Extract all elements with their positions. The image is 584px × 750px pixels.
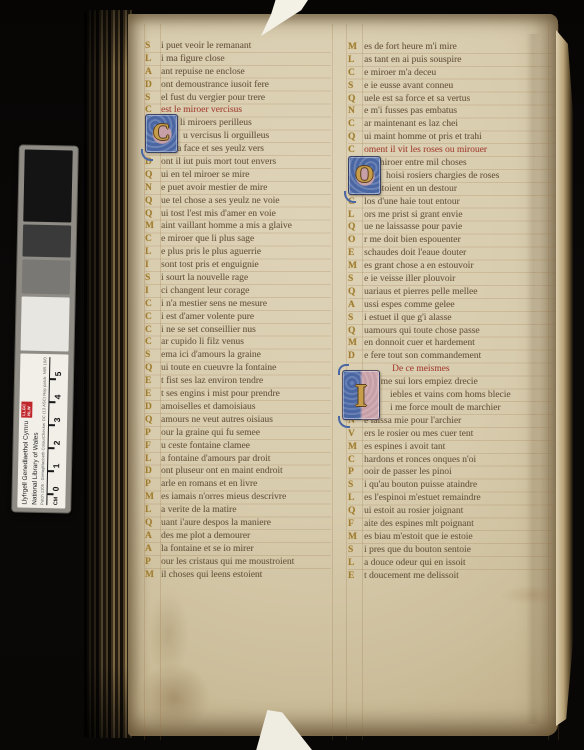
ruler-tick: 1 (48, 449, 63, 472)
text-line: Sel fust du vergier pour trere (145, 92, 331, 105)
line-text: r me doit bien espouenter (364, 235, 461, 245)
ruler-number: 3 (52, 417, 62, 422)
ruler-tick: 2 (49, 426, 64, 449)
text-line: Que tel chose a ses yeulz ne voie (145, 195, 331, 208)
line-text: ors me prist si grant envie (364, 210, 462, 220)
line-text: as tant en ai puis souspire (364, 55, 461, 65)
ruler-unit-label: CM (48, 495, 63, 505)
line-initial: L (145, 246, 161, 259)
line-initial: Q (145, 517, 161, 530)
line-text: u ceste fontaine clamee (161, 441, 250, 451)
ruler-number: 1 (51, 463, 61, 468)
line-initial: Q (348, 93, 364, 106)
line-text: hardons et ronces onques n'oi (364, 455, 476, 465)
line-initial: V (348, 428, 364, 441)
line-text: e ie eusse avant conneu (364, 81, 453, 91)
line-initial: P (348, 466, 364, 479)
line-initial: C (145, 298, 161, 311)
line-text: amoiselles et damoisiaus (161, 402, 255, 412)
line-initial: N (348, 105, 364, 118)
text-line: Li ma figure close (145, 53, 331, 66)
line-initial: M (348, 441, 364, 454)
line-text: ar cupido li filz venus (161, 337, 244, 347)
line-text: amours ne veut autres oisiaus (161, 415, 273, 425)
line-text: i ne se set conseillier nus (161, 325, 256, 335)
text-line: Ci est d'amer volente pure (145, 311, 331, 324)
line-initial: A (145, 543, 161, 556)
line-text: e me sui lors empiez drecie (374, 377, 478, 387)
text-line: Quamours qui toute chose passe (348, 325, 556, 338)
text-line: Mes grant chose a en estouvoir (348, 260, 556, 273)
line-text: en donnoit cuer et hardement (364, 338, 475, 348)
text-line: Maint vaillant homme a mis a glaive (145, 220, 331, 233)
logo-line: NLW (27, 404, 32, 416)
text-line: Que ne laissasse pour pavie (348, 221, 556, 234)
line-initial: L (145, 453, 161, 466)
line-initial: Q (348, 325, 364, 338)
text-line: Et fist ses laz environ tendre (145, 375, 331, 388)
line-text: es biau m'estoit que ie estoie (364, 532, 473, 542)
line-text: hoisi rosiers chargies de roses (386, 171, 499, 181)
line-text: los d'une haie tout entour (364, 197, 460, 207)
text-line: Fu ceste fontaine clamee (145, 440, 331, 453)
text-line: Vers le rosier ou mes cuer tent (348, 428, 556, 441)
line-text: la fontaine et se io mirer (161, 544, 254, 554)
line-text: ui en tel miroer se mire (161, 170, 249, 180)
line-initial: S (145, 92, 161, 105)
text-line: Les l'espinoi m'estuet remaindre (348, 492, 556, 505)
line-initial: Q (348, 286, 364, 299)
line-initial: C (145, 233, 161, 246)
line-text: t fist ses laz environ tendre (161, 376, 263, 386)
line-text: u vercisus li orguilleus (183, 131, 269, 141)
mid-gray-patch (22, 260, 71, 295)
line-initial: I (145, 259, 161, 272)
line-text: es l'espinoi m'estuet remaindre (364, 493, 481, 503)
line-text: sont tost pris et enguignie (161, 260, 259, 270)
text-line: Si puet veoir le remanant (145, 40, 331, 53)
line-text: our la graine qui fu semee (161, 428, 260, 438)
line-text: uant i'aure despos la maniere (161, 518, 271, 528)
text-line: Pooir de passer les pinoi (348, 466, 556, 479)
ruler-number: 4 (53, 394, 63, 399)
text-line: Ce miroer que li plus sage (145, 233, 331, 246)
line-text: ont demoustrance iusoit fere (161, 80, 269, 90)
text-line: Mes iamais n'orres mieus descrivre (145, 491, 331, 504)
white-patch (21, 297, 70, 352)
text-line: Eschaudes doit l'eaue douter (348, 247, 556, 260)
text-line: Ci ne se set conseillier nus (145, 324, 331, 337)
text-line: Las tant en ai puis souspire (348, 54, 556, 67)
text-line: Ne puet avoir mestier de mire (145, 182, 331, 195)
line-initial: I (145, 285, 161, 298)
ruler-number: 0 (51, 486, 61, 491)
line-initial: D (145, 79, 161, 92)
library-label-content: Llyfrgell Genedlaethol Cymru LLGC NLW Na… (17, 353, 68, 508)
decorated-initial-o: O (348, 156, 381, 195)
line-text: ui toute en cueuvre la fontaine (161, 363, 276, 373)
line-initial: S (348, 479, 364, 492)
text-line: Si sourt la nouvelle rage (145, 272, 331, 285)
text-line: Parle en romans et en livre (145, 478, 331, 491)
line-text: uamours qui toute chose passe (364, 326, 480, 336)
text-line: Mes biau m'estoit que ie estoie (348, 531, 556, 544)
text-line: Mes de fort heure m'i mire (348, 41, 556, 54)
library-name-welsh: Llyfrgell Genedlaethol Cymru (21, 421, 30, 505)
text-line: Et doucement me delissoit (348, 570, 556, 583)
line-text: il choses qui leens estoient (161, 570, 262, 580)
line-initial: P (145, 478, 161, 491)
text-line: Damoiselles et damoisiaus (145, 401, 331, 414)
line-text: ui maint homme ot pris et trahi (364, 132, 482, 142)
text-line: Si pres que du bouton sentoie (348, 544, 556, 557)
text-column-right: Mes de fort heure m'i mireLas tant en ai… (348, 41, 556, 582)
line-text: e fere tout son commandement (364, 351, 481, 361)
line-initial: E (145, 388, 161, 401)
line-initial: C (145, 336, 161, 349)
line-text: t doucement me delissoit (364, 571, 459, 581)
text-line: Aussi espes comme gelee (348, 299, 556, 312)
line-text: e puet avoir mestier de mire (161, 183, 267, 193)
line-text: i me force moult de marchier (390, 403, 501, 413)
text-line: Lors me prist si grant envie (348, 209, 556, 222)
line-initial: D (145, 465, 161, 478)
line-text: De ce meismes (392, 364, 450, 374)
line-initial: Q (145, 362, 161, 375)
line-text: i pres que du bouton sentoie (364, 545, 471, 555)
line-text: a fontaine d'amours par droit (161, 454, 270, 464)
line-initial: L (145, 53, 161, 66)
line-initial: S (145, 272, 161, 285)
line-initial: S (348, 544, 364, 557)
text-line: Aant repuise ne enclose (145, 66, 331, 79)
line-initial: C (348, 67, 364, 80)
line-initial: M (145, 491, 161, 504)
line-initial: D (348, 350, 364, 363)
text-line: Pour les cristaus qui me moustroient (145, 556, 331, 569)
line-text: ci changent leur corage (161, 286, 249, 296)
text-line: Clos d'une haie tout entour (348, 196, 556, 209)
text-line: Dont pluseur ont en maint endroit (145, 465, 331, 478)
line-initial: C (145, 324, 161, 337)
line-initial: M (145, 569, 161, 582)
line-text: t ses engins i mist pour prendre (161, 389, 280, 399)
line-initial: S (348, 80, 364, 93)
line-initial: S (145, 40, 161, 53)
library-label: Llyfrgell Genedlaethol Cymru LLGC NLW Na… (17, 353, 68, 508)
text-line: Isont tost pris et enguignie (145, 259, 331, 272)
line-text: our les cristaus qui me moustroient (161, 557, 294, 567)
line-text: i estuet il que g'i alasse (364, 313, 451, 323)
text-line: La douce odeur qui en issoit (348, 557, 556, 570)
ruler-tick: 4 (50, 380, 65, 403)
line-initial: C (348, 454, 364, 467)
book-fore-edge (84, 10, 132, 738)
black-patch (23, 150, 72, 223)
line-initial: F (145, 440, 161, 453)
line-text: e miroer m'a deceu (364, 68, 436, 78)
line-initial: L (145, 504, 161, 517)
line-initial: E (145, 375, 161, 388)
text-line: Sema ici d'amours la graine (145, 349, 331, 362)
ruler-tick: 0 (48, 472, 63, 495)
text-line: Qui maint homme ot pris et trahi (348, 131, 556, 144)
line-text: oment il vit les roses ou mirouer (364, 145, 487, 155)
line-initial: L (348, 209, 364, 222)
line-text: es iamais n'orres mieus descrivre (161, 492, 286, 502)
line-initial: Q (145, 169, 161, 182)
line-text: ema ici d'amours la graine (161, 350, 261, 360)
manuscript-page: Si puet veoir le remanantLi ma figure cl… (128, 14, 558, 736)
line-text: ue tel chose a ses yeulz ne voie (161, 196, 279, 206)
ruler-number: 5 (53, 371, 63, 376)
line-initial: M (348, 260, 364, 273)
text-line: Qui toute en cueuvre la fontaine (145, 362, 331, 375)
line-text: des me plot a demourer (161, 531, 250, 541)
line-text: es grant chose a en estouvoir (364, 261, 473, 271)
photo-backdrop: Si puet veoir le remanantLi ma figure cl… (0, 0, 584, 750)
underlying-leaf-edge (556, 30, 573, 726)
ruler-tick: 3 (49, 403, 64, 426)
ruler-tick: 5 (50, 357, 65, 380)
ruler-number: 2 (52, 440, 62, 445)
line-text: iebles et vains com homs blecie (390, 390, 511, 400)
text-line: Qamours ne veut autres oisiaus (145, 414, 331, 427)
text-line: Mil choses qui leens estoient (145, 569, 331, 582)
line-initial: F (348, 518, 364, 531)
text-line: Car maintenant es laz chei (348, 118, 556, 131)
text-line: Quele est sa force et sa vertus (348, 93, 556, 106)
line-initial: Q (145, 208, 161, 221)
line-initial: Q (145, 414, 161, 427)
parchment-stain (138, 574, 198, 694)
line-text: ont pluseur ont en maint endroit (161, 466, 283, 476)
text-line: Qui tost l'est mis d'amer en voie (145, 208, 331, 221)
text-line: De fere tout son commandement (348, 350, 556, 363)
line-initial: P (145, 556, 161, 569)
text-line: Ici changent leur corage (145, 285, 331, 298)
line-text: u miroer entre mil choses (370, 158, 467, 168)
line-initial: L (348, 492, 364, 505)
line-text: ont il iut puis mort tout envers (161, 157, 276, 167)
text-line: Or me doit bien espouenter (348, 234, 556, 247)
text-line: Si qu'au bouton puisse ataindre (348, 479, 556, 492)
grayscale-patches (20, 150, 72, 355)
text-line: Ala fontaine et se io mirer (145, 543, 331, 556)
line-initial: Q (348, 131, 364, 144)
line-initial: O (348, 234, 364, 247)
text-line: Se ie veisse iller plouvoir (348, 273, 556, 286)
decorated-initial-i: I (342, 370, 380, 420)
line-text: uele est sa force et sa vertus (364, 94, 470, 104)
text-line: Faite des espines mlt poignant (348, 518, 556, 531)
line-text: aint vaillant homme a mis a glaive (161, 221, 292, 231)
line-initial: A (145, 66, 161, 79)
line-text: est li miroers perilleus (167, 118, 252, 128)
line-initial: N (145, 182, 161, 195)
text-line: Car cupido li filz venus (145, 336, 331, 349)
line-text: ui estoit au rosier joignant (364, 506, 463, 516)
line-initial: S (348, 312, 364, 325)
line-text: i sourt la nouvelle rage (161, 273, 248, 283)
line-initial: L (348, 54, 364, 67)
line-initial: M (145, 220, 161, 233)
line-initial: L (348, 557, 364, 570)
line-text: es de fort heure m'i mire (364, 42, 457, 52)
line-initial: Q (145, 195, 161, 208)
text-line: Ci n'a mestier sens ne mesure (145, 298, 331, 311)
text-line: Se ie eusse avant conneu (348, 80, 556, 93)
line-text: e ie veisse iller plouvoir (364, 274, 455, 284)
line-text: i puet veoir le remanant (161, 41, 251, 51)
line-text: i est d'amer volente pure (161, 312, 254, 322)
decorated-initial-c: C (145, 114, 178, 153)
line-initial: S (348, 273, 364, 286)
line-text: e plus pris le plus aguerrie (161, 247, 261, 257)
line-text: schaudes doit l'eaue douter (364, 248, 466, 258)
line-text: el fust du vergier pour trere (161, 93, 265, 103)
line-initial: C (145, 311, 161, 324)
line-initial: A (348, 299, 364, 312)
line-text: ant repuise ne enclose (161, 67, 245, 77)
text-line: Qui estoit au rosier joignant (348, 505, 556, 518)
line-text: a douce odeur qui en issoit (364, 558, 466, 568)
line-text: arle en romans et en livre (161, 479, 257, 489)
color-calibration-ruler: Llyfrgell Genedlaethol Cymru LLGC NLW Na… (12, 145, 78, 512)
line-text: ar maintenant es laz chei (364, 119, 458, 129)
line-text: i ma figure close (161, 54, 225, 64)
line-initial: M (348, 41, 364, 54)
text-line: Dont il iut puis mort tout envers (145, 156, 331, 169)
text-line: La verite de la matire (145, 504, 331, 517)
text-line: Pour la graine qui fu semee (145, 427, 331, 440)
text-line: Men donnoit cuer et hardement (348, 337, 556, 350)
line-initial: D (145, 401, 161, 414)
line-initial: E (348, 247, 364, 260)
text-line: Quant i'aure despos la maniere (145, 517, 331, 530)
line-initial: P (145, 427, 161, 440)
line-initial: M (348, 531, 364, 544)
text-line: La fontaine d'amours par droit (145, 453, 331, 466)
ruling-line (332, 24, 333, 740)
text-line: Et ses engins i mist pour prendre (145, 388, 331, 401)
line-text: ers le rosier ou mes cuer tent (364, 429, 473, 439)
text-line: Chardons et ronces onques n'oi (348, 454, 556, 467)
line-initial: M (348, 337, 364, 350)
line-text: ussi espes comme gelee (364, 300, 455, 310)
line-text: es espines i avoit tant (364, 442, 445, 452)
line-text: e m'i fusses pas embatus (364, 106, 457, 116)
cm-ruler: CM 012345 (47, 357, 66, 505)
text-line: Le plus pris le plus aguerrie (145, 246, 331, 259)
line-text: uariaus et pierres pelle mellee (364, 287, 477, 297)
line-text: ue ne laissasse pour pavie (364, 222, 462, 232)
line-initial: S (145, 349, 161, 362)
rubric-line: Coment il vit les roses ou mirouer (348, 144, 556, 157)
text-line: Si estuet il que g'i alasse (348, 312, 556, 325)
line-text: aite des espines mlt poignant (364, 519, 474, 529)
line-initial: C (348, 118, 364, 131)
llgc-nlw-logo: LLGC NLW (21, 402, 33, 418)
line-text: e miroer que li plus sage (161, 234, 254, 244)
line-text: a verite de la matire (161, 505, 236, 515)
text-line: Qui en tel miroer se mire (145, 169, 331, 182)
line-text: ooir de passer les pinoi (364, 467, 452, 477)
text-line: Ne m'i fusses pas embatus (348, 105, 556, 118)
line-initial: A (145, 530, 161, 543)
line-text: ui tost l'est mis d'amer en voie (161, 209, 276, 219)
line-initial: Q (348, 221, 364, 234)
text-line: Ce miroer m'a deceu (348, 67, 556, 80)
line-initial: Q (348, 505, 364, 518)
line-initial: E (348, 570, 364, 583)
line-text: i n'a mestier sens ne mesure (161, 299, 267, 309)
text-line: Ades me plot a demourer (145, 530, 331, 543)
text-line: Quariaus et pierres pelle mellee (348, 286, 556, 299)
text-line: Dont demoustrance iusoit fere (145, 79, 331, 92)
text-line: Mes espines i avoit tant (348, 441, 556, 454)
dark-gray-patch (23, 225, 72, 258)
line-text: i qu'au bouton puisse ataindre (364, 480, 477, 490)
